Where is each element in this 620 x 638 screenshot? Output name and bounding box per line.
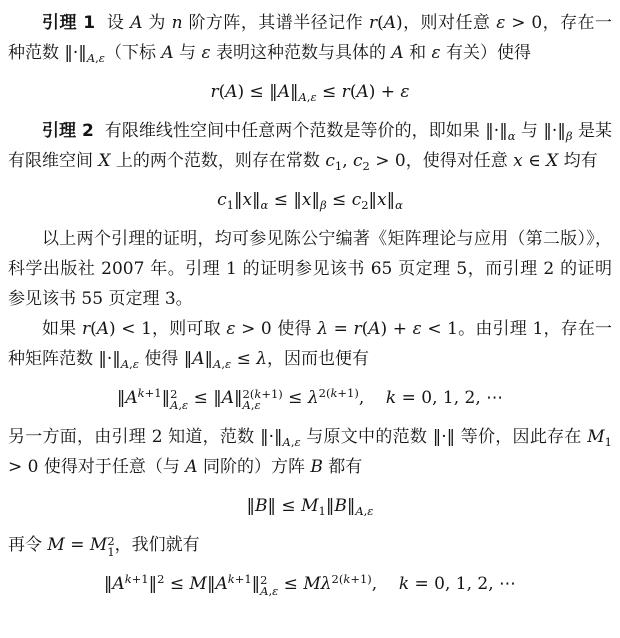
math-italic-run: k: [138, 386, 145, 400]
math-italic-run: A: [185, 457, 197, 477]
subscript-run: β: [566, 129, 573, 143]
math-italic-run: ε: [226, 319, 235, 339]
text-run: ) ≤ ‖: [238, 82, 278, 102]
math-italic-run: A: [225, 82, 237, 102]
math-italic-run: A: [384, 13, 396, 33]
math-italic-run: A: [391, 43, 403, 63]
text-run: +1): [337, 386, 358, 400]
text-run: ≤ ‖: [188, 388, 222, 408]
text-run: ≤: [231, 349, 256, 369]
subscript-run: 1: [319, 504, 326, 518]
text-run: +1: [132, 572, 149, 586]
math-italic-run: A: [243, 398, 251, 412]
text-run: )，则对任意: [396, 13, 496, 33]
math-italic-run: M: [303, 574, 320, 594]
subsup-stack: 21: [107, 536, 114, 558]
text-run: > 0，使得对任意: [370, 151, 513, 171]
superscript-run: k+1: [228, 572, 252, 586]
text-run: = 0, 1, 2, ⋯: [396, 388, 503, 408]
math-italic-run: n: [172, 13, 183, 33]
math-italic-run: ε: [400, 82, 409, 102]
math-italic-run: ε: [182, 398, 188, 412]
text-run: =: [65, 535, 90, 555]
math-italic-run: A: [283, 435, 291, 449]
math-italic-run: k: [125, 572, 132, 586]
display-formula: ‖Ak+1‖2A,ε ≤ ‖A‖2(k+1)A,ε ≤ λ2(k+1), k =…: [8, 382, 612, 414]
math-italic-run: c: [352, 190, 362, 210]
math-italic-run: M: [90, 535, 107, 555]
text-run: 另一方面，由引理 2 知道，范数 ‖·‖: [8, 427, 283, 447]
stack-subscript: A,ε: [260, 586, 278, 597]
subscript-run: β: [320, 198, 327, 212]
paragraph: 引理 2 有限维线性空间中任意两个范数是等价的，即如果 ‖·‖α 与 ‖·‖β …: [8, 116, 612, 176]
text-run: 2(: [319, 386, 331, 400]
math-italic-run: β: [566, 129, 573, 143]
text-run: ) +: [369, 82, 401, 102]
math-italic-run: r: [342, 82, 350, 102]
text-run: 与 ‖·‖: [515, 121, 565, 141]
paragraph: 再令 M = M21，我们就有: [8, 530, 612, 560]
lemma-label: 引理 2: [42, 121, 94, 141]
math-italic-run: c: [353, 151, 363, 171]
text-run: ‖: [162, 388, 171, 408]
subsup-stack: 2(k+1)A,ε: [243, 389, 283, 411]
text-run: ‖: [252, 190, 261, 210]
math-italic-run: A: [368, 319, 380, 339]
text-run: ‖: [387, 190, 396, 210]
display-formula: ‖Ak+1‖2 ≤ M‖Ak+1‖2A,ε ≤ Mλ2(k+1), k = 0,…: [8, 568, 612, 600]
math-italic-run: λ: [256, 349, 267, 369]
text-run: 如果: [42, 319, 82, 339]
subscript-run: A,ε: [213, 357, 231, 371]
text-run: ，我们就有: [115, 535, 200, 555]
text-run: 为: [142, 13, 171, 33]
text-run: ) < 1，则可取: [109, 319, 226, 339]
math-italic-run: ε: [496, 13, 505, 33]
text-run: 2(: [332, 572, 344, 586]
math-italic-run: A: [192, 349, 204, 369]
document-page: 引理 1 设 A 为 n 阶方阵，其谱半径记作 r(A)，则对任意 ε > 0，…: [0, 0, 620, 600]
math-italic-run: A: [87, 51, 95, 65]
math-italic-run: r: [353, 319, 361, 339]
math-italic-run: A: [215, 574, 227, 594]
text-run: (: [90, 319, 97, 339]
math-italic-run: A: [112, 574, 124, 594]
math-italic-run: X: [98, 151, 110, 171]
subscript-run: A,ε: [87, 51, 105, 65]
paragraph: 以上两个引理的证明，均可参见陈公宁编著《矩阵理论与应用（第二版）》，科学出版社 …: [8, 224, 612, 314]
text-run: 与: [174, 43, 202, 63]
subscript-run: 2: [363, 159, 370, 173]
text-run: 设: [95, 13, 130, 33]
text-run: ≤: [283, 388, 308, 408]
text-run: ∈: [523, 151, 546, 171]
math-italic-run: k: [228, 572, 235, 586]
text-run: ，因而也便有: [267, 349, 369, 369]
text-run: （下标: [105, 43, 161, 63]
text-run: = 0, 1, 2, ⋯: [409, 574, 516, 594]
math-italic-run: α: [395, 198, 403, 212]
math-italic-run: ε: [431, 43, 440, 63]
math-italic-run: ε: [255, 398, 261, 412]
text-run: ) +: [381, 319, 413, 339]
math-italic-run: ε: [201, 43, 210, 63]
display-formula: ‖B‖ ≤ M1‖B‖A,ε: [8, 490, 612, 522]
text-run: ≤: [278, 574, 303, 594]
text-run: ≤: [164, 574, 189, 594]
lemma-label: 引理 1: [42, 13, 95, 33]
text-run: ≤: [327, 190, 352, 210]
math-italic-run: M: [190, 574, 207, 594]
display-formula: r(A) ≤ ‖A‖A,ε ≤ r(A) + ε: [8, 76, 612, 108]
text-run: ‖: [149, 574, 158, 594]
text-run: 与原文中的范数 ‖·‖ 等价，因此存在: [301, 427, 588, 447]
stack-subscript: A,ε: [243, 400, 261, 411]
text-run: ‖: [205, 349, 214, 369]
text-run: ,: [359, 388, 386, 408]
math-italic-run: λ: [317, 319, 328, 339]
math-italic-run: A: [161, 43, 173, 63]
math-italic-run: A: [298, 90, 306, 104]
math-italic-run: M: [47, 535, 64, 555]
math-italic-run: k: [399, 574, 409, 594]
stack-subscript: A,ε: [170, 400, 188, 411]
text-run: ,: [372, 574, 399, 594]
superscript-run: k+1: [138, 386, 162, 400]
text-run: ‖: [252, 574, 261, 594]
math-italic-run: B: [255, 496, 268, 516]
display-formula: c1‖x‖α ≤ ‖x‖β ≤ c2‖x‖α: [8, 184, 612, 216]
superscript-run: k+1: [125, 572, 149, 586]
math-italic-run: A: [130, 13, 142, 33]
subscript-run: A,ε: [355, 504, 373, 518]
math-italic-run: ε: [413, 319, 422, 339]
text-run: +1: [145, 386, 162, 400]
superscript-run: 2(k+1): [332, 572, 372, 586]
math-italic-run: M: [587, 427, 604, 447]
text-run: ‖: [369, 190, 378, 210]
math-italic-run: B: [334, 496, 347, 516]
math-italic-run: X: [546, 151, 558, 171]
math-italic-run: A: [355, 504, 363, 518]
paragraph: 如果 r(A) < 1，则可取 ε > 0 使得 λ = r(A) + ε < …: [8, 314, 612, 374]
text-run: ‖ ≤: [268, 496, 302, 516]
text-run: +1: [235, 572, 252, 586]
subscript-run: α: [395, 198, 403, 212]
math-italic-run: k: [386, 388, 396, 408]
text-run: =: [328, 319, 353, 339]
text-run: 有限维线性空间中任意两个范数是等价的，即如果 ‖·‖: [94, 121, 508, 141]
superscript-run: 2(k+1): [319, 386, 359, 400]
math-italic-run: r: [210, 82, 218, 102]
subsup-stack: 2A,ε: [170, 389, 188, 411]
math-italic-run: x: [242, 190, 252, 210]
text-run: ,: [342, 151, 353, 171]
math-italic-run: c: [217, 190, 227, 210]
math-italic-run: M: [301, 496, 318, 516]
math-italic-run: A: [278, 82, 290, 102]
text-run: 以上两个引理的证明，均可参见陈公宁编著《矩阵理论与应用（第二版）》，科学出版社 …: [8, 229, 612, 309]
text-run: (: [377, 13, 384, 33]
subscript-run: 2: [361, 198, 368, 212]
subscript-run: 1: [227, 198, 234, 212]
subscript-run: A,ε: [298, 90, 316, 104]
math-italic-run: λ: [321, 574, 332, 594]
text-run: ‖: [311, 190, 320, 210]
text-run: 再令: [8, 535, 47, 555]
paragraph: 另一方面，由引理 2 知道，范数 ‖·‖A,ε 与原文中的范数 ‖·‖ 等价，因…: [8, 422, 612, 482]
text-run: 均有: [558, 151, 597, 171]
text-run: ‖: [234, 388, 243, 408]
math-italic-run: A: [121, 357, 129, 371]
text-run: ‖: [247, 496, 256, 516]
math-italic-run: x: [513, 151, 523, 171]
subsup-stack: 2A,ε: [260, 575, 278, 597]
math-italic-run: c: [325, 151, 335, 171]
text-run: 阶方阵，其谱半径记作: [183, 13, 369, 33]
text-run: 上的两个范数，则存在常数: [111, 151, 326, 171]
text-run: > 0 使得: [236, 319, 318, 339]
text-run: ≤: [317, 82, 342, 102]
text-run: ≤ ‖: [268, 190, 302, 210]
math-italic-run: λ: [308, 388, 319, 408]
text-run: 表明这种范数与具体的: [211, 43, 392, 63]
text-run: +1): [261, 387, 282, 401]
math-italic-run: A: [97, 319, 109, 339]
subscript-run: 1: [605, 435, 612, 449]
text-run: > 0 使得对于任意（与: [8, 457, 185, 477]
subscript-run: A,ε: [283, 435, 301, 449]
text-run: 使得 ‖: [139, 349, 192, 369]
math-italic-run: ε: [272, 584, 278, 598]
text-run: 同阶的）方阵: [198, 457, 311, 477]
math-italic-run: B: [310, 457, 323, 477]
paragraph: 引理 1 设 A 为 n 阶方阵，其谱半径记作 r(A)，则对任意 ε > 0，…: [8, 8, 612, 68]
math-italic-run: x: [377, 190, 387, 210]
text-run: 和: [404, 43, 432, 63]
math-italic-run: β: [320, 198, 327, 212]
stack-subscript: 1: [107, 547, 114, 558]
text-run: 都有: [323, 457, 362, 477]
math-italic-run: A: [125, 388, 137, 408]
text-run: 有关）使得: [441, 43, 531, 63]
math-italic-run: r: [82, 319, 90, 339]
math-italic-run: r: [369, 13, 377, 33]
math-italic-run: ε: [367, 504, 373, 518]
subscript-run: A,ε: [121, 357, 139, 371]
math-italic-run: A: [356, 82, 368, 102]
text-run: +1): [350, 572, 371, 586]
math-italic-run: A: [222, 388, 234, 408]
